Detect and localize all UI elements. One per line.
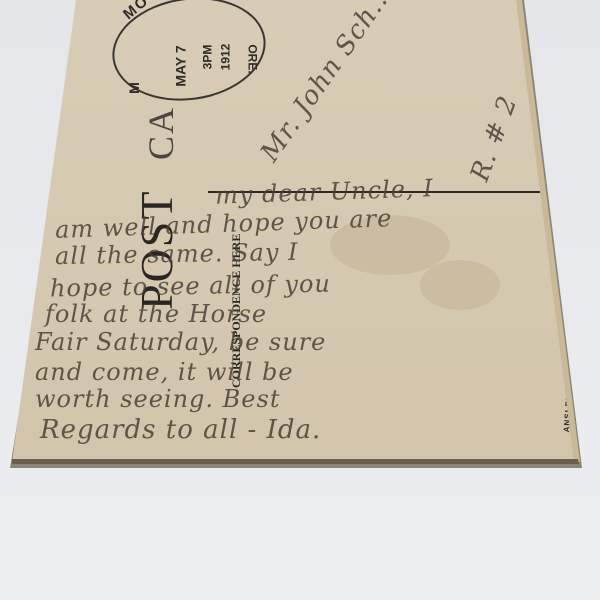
photo-scene: MOUNT ANGEL ORE. MAY 7 3PM 1912 M POST C… (0, 0, 600, 600)
postmark-state: ORE. (246, 44, 260, 73)
postcard: MOUNT ANGEL ORE. MAY 7 3PM 1912 M POST C… (0, 0, 600, 600)
message-line: my dear Uncle, I (215, 174, 435, 210)
message-line: all the same. Say I (55, 238, 299, 270)
card-heading: CA (140, 106, 182, 160)
message-line: hope to see all of you (50, 270, 331, 303)
message-line: worth seeing. Best (35, 385, 280, 413)
water-stain (420, 260, 500, 310)
message-line: Fair Saturday, be sure (35, 328, 326, 356)
postmark-year: 1912 (218, 44, 232, 71)
postmark-time: 3PM (200, 45, 214, 70)
message-line: and come, it will be (35, 358, 294, 386)
postmark-date: MAY 7 (173, 45, 189, 86)
message-line: folk at the Horse (45, 300, 267, 328)
address-line-2: R. # 2 (465, 92, 524, 186)
address-line-1: Mr. John Sch... (255, 0, 400, 167)
message-line: Regards to all - Ida. (40, 415, 321, 445)
postmark-letter: M (126, 82, 142, 94)
